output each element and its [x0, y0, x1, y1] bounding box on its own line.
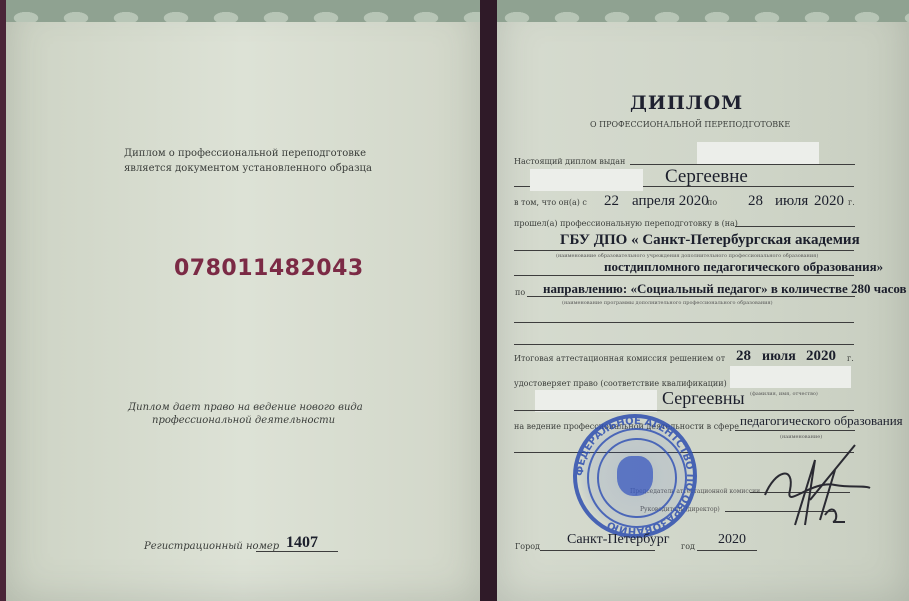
certifies-label: удостоверяет право (соответствие квалифи… [514, 379, 727, 388]
name-caption: (фамилия, имя, отчество) [750, 391, 818, 397]
end-month: июля [775, 193, 808, 210]
end-day: 28 [748, 193, 763, 210]
end-year-suffix: г. [848, 198, 855, 207]
svg-text:ФЕДЕРАЛЬНОЕ АГЕНТСТВО ПО ОБРАЗ: ФЕДЕРАЛЬНОЕ АГЕНТСТВО ПО ОБРАЗОВАНИЮ [575, 416, 695, 536]
commission-label: Итоговая аттестационная комиссия решение… [514, 354, 725, 363]
blank-line-1 [514, 322, 854, 323]
rights-line2: профессиональной деятельности [152, 415, 335, 426]
program-prefix: по [515, 288, 525, 297]
program-caption: (наименование программы дополнительного … [562, 300, 773, 306]
field-value: педагогического образования [740, 413, 903, 429]
year-value: 2020 [718, 532, 746, 548]
signature-icon [755, 440, 875, 530]
diploma-spine [480, 0, 497, 601]
decorative-border [497, 0, 909, 22]
commission-month: июля [762, 349, 796, 365]
left-header-line2: является документом установленного образ… [124, 163, 372, 174]
diploma-title: ДИПЛОМ [630, 92, 743, 114]
period-label: в том, что он(а) с [514, 198, 587, 207]
program-name: направлению: «Социальный педагог» в коли… [543, 281, 907, 297]
recipient-patronymic-genitive: Сергеевны [662, 388, 745, 409]
passed-label: прошел(а) профессиональную переподготовк… [514, 219, 738, 228]
issued-underline [630, 164, 855, 165]
diploma-subtitle: О ПРОФЕССИОНАЛЬНОЙ ПЕРЕПОДГОТОВКЕ [590, 120, 790, 129]
commission-day: 28 [736, 348, 751, 365]
to-label: по [707, 198, 717, 207]
field-underline [735, 430, 855, 431]
institution-underline2 [514, 275, 854, 276]
commission-year-suffix: г. [847, 354, 854, 363]
end-year: 2020 [814, 193, 844, 210]
city-value: Санкт-Петербург [567, 532, 669, 548]
passed-underline [735, 226, 855, 227]
institution-underline1 [514, 250, 854, 251]
program-underline [527, 296, 855, 297]
name-underline-2 [514, 410, 854, 411]
city-label: Город [515, 542, 540, 551]
issued-label: Настоящий диплом выдан [514, 157, 625, 166]
redacted-surname-2 [535, 390, 657, 412]
recipient-patronymic: Сергеевне [665, 166, 748, 188]
stamp-text: ФЕДЕРАЛЬНОЕ АГЕНТСТВО ПО ОБРАЗОВАНИЮ [575, 416, 695, 536]
left-header-line1: Диплом о профессиональной переподготовке [124, 148, 366, 159]
start-month-year: апреля 2020 [632, 193, 709, 210]
year-label: год [681, 542, 695, 551]
left-page [6, 0, 480, 601]
institution-line2: постдипломного педагогического образован… [604, 259, 883, 275]
redacted-surname [530, 169, 643, 191]
commission-year: 2020 [806, 348, 836, 365]
serial-number: 078011482043 [174, 256, 364, 281]
start-day: 22 [604, 193, 619, 210]
institution-line1: ГБУ ДПО « Санкт-Петербургская академия [560, 232, 860, 249]
rights-line1: Диплом дает право на ведение нового вида [128, 402, 363, 413]
redacted-name [697, 142, 819, 164]
decorative-border [6, 0, 480, 22]
year-underline [697, 550, 757, 551]
reg-number: 1407 [286, 534, 318, 552]
official-stamp: ФЕДЕРАЛЬНОЕ АГЕНТСТВО ПО ОБРАЗОВАНИЮ [573, 414, 697, 538]
city-underline [540, 550, 655, 551]
blank-line-2 [514, 344, 854, 345]
redacted-fullname [730, 366, 851, 388]
